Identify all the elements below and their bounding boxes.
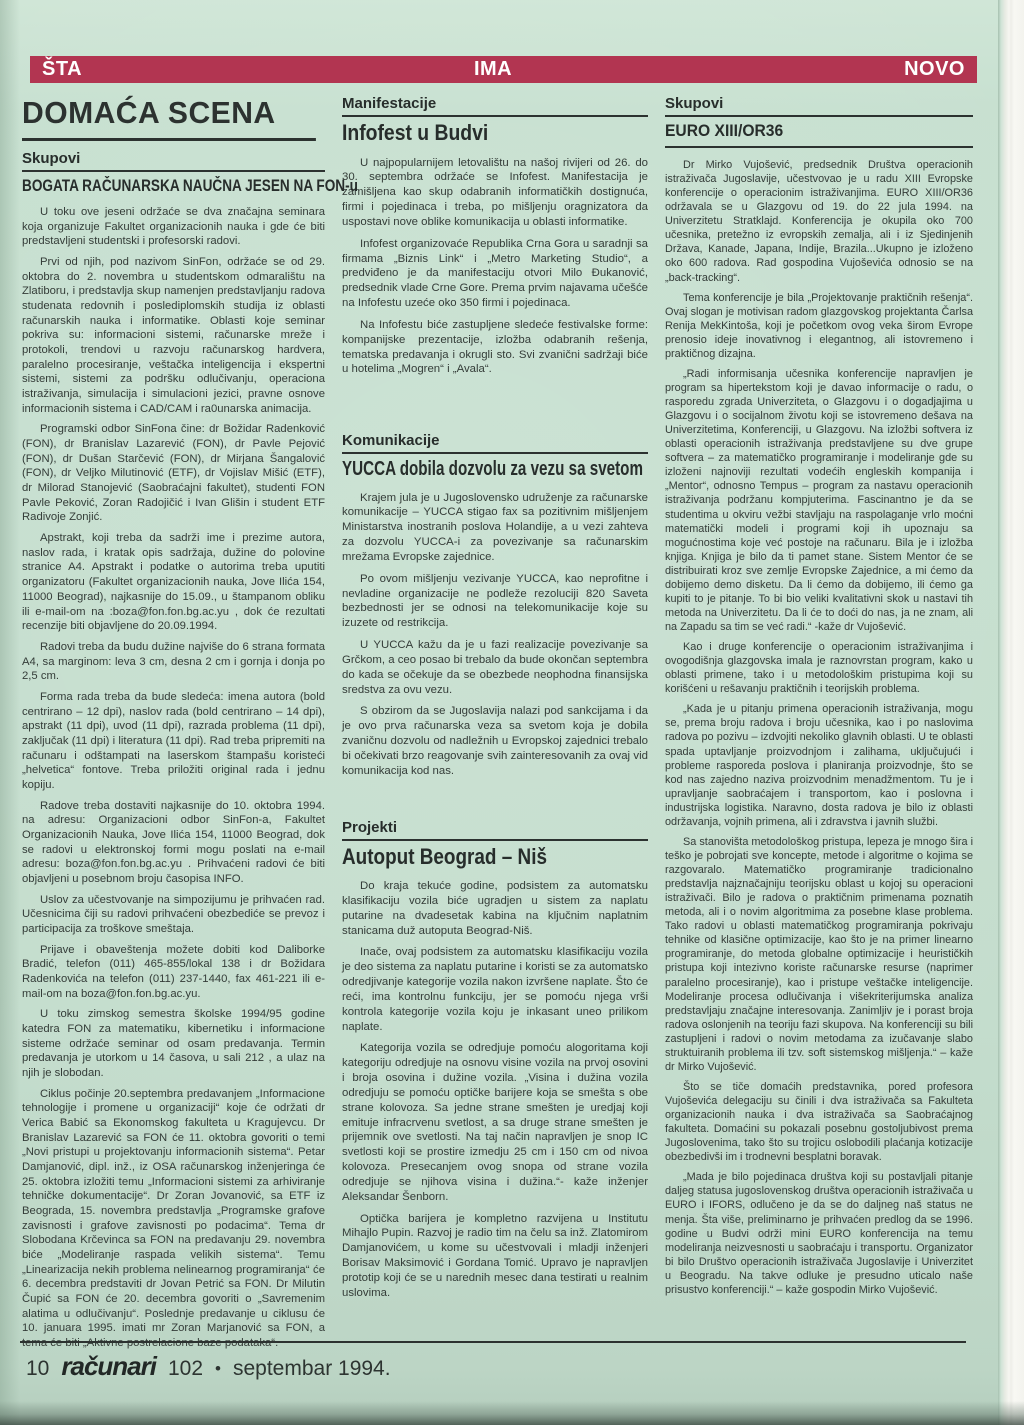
paragraph: Što se tiče domaćih predstavnika, pored … bbox=[665, 1080, 973, 1164]
paragraph: Sa stanovišta metodološkog pristupa, lep… bbox=[665, 835, 973, 1074]
paper-edge bbox=[998, 0, 1024, 1425]
paragraph: Krajem jula je u Jugoslovensko udruženje… bbox=[342, 491, 648, 565]
kicker-komunikacije: Komunikacije bbox=[342, 432, 648, 454]
paragraph: U toku ove jeseni održaće se dva značajn… bbox=[22, 205, 325, 249]
article-autoput: Projekti Autoput Beograd – Niš Do kraja … bbox=[342, 819, 648, 1301]
paragraph: S obzirom da se Jugoslavija nalazi pod s… bbox=[342, 704, 648, 778]
paragraph: U toku zimskog semestra školske 1994/95 … bbox=[22, 1007, 325, 1080]
article-body-fon: U toku ove jeseni održaće se dva značajn… bbox=[22, 205, 325, 1351]
kicker-projekti: Projekti bbox=[342, 819, 648, 841]
page-number: 10 bbox=[26, 1357, 49, 1381]
article-body-autoput: Do kraja tekuće godine, podsistem za aut… bbox=[342, 879, 648, 1300]
magazine-page-scan: ŠTA IMA NOVO DOMAĆA SCENA Skupovi BOGATA… bbox=[0, 0, 1024, 1425]
paragraph: Tema konferencije je bila „Projektovanje… bbox=[665, 291, 973, 361]
article-body-infofest: U najpopularnijem letovalištu na našoj r… bbox=[342, 156, 648, 378]
issue-number: 102 bbox=[168, 1357, 203, 1381]
paragraph: Apstrakt, koji treba da sadrži ime i pre… bbox=[22, 531, 325, 634]
paragraph: Programski odbor SinFona čine: dr Božida… bbox=[22, 422, 325, 525]
paragraph: Prijave i obaveštenja možete dobiti kod … bbox=[22, 943, 325, 1002]
column-right: Skupovi EURO XIII/OR36 Dr Mirko Vujoševi… bbox=[665, 95, 973, 1357]
paragraph: „Radi informisanja učesnika konferencije… bbox=[665, 367, 973, 634]
paragraph: U YUCCA kažu da je u fazi realizacije po… bbox=[342, 638, 648, 697]
paragraph: Po ovom mišljenju vezivanje YUCCA, kao n… bbox=[342, 572, 648, 631]
kicker-skupovi-right: Skupovi bbox=[665, 95, 973, 117]
paragraph: „Mada je bilo pojedinaca društva koji su… bbox=[665, 1170, 973, 1297]
paragraph: Na Infofestu biće zastupljene sledeće fe… bbox=[342, 318, 648, 377]
column-middle: Manifestacije Infofest u Budvi U najpopu… bbox=[342, 95, 648, 1357]
section-header-bar: ŠTA IMA NOVO bbox=[30, 56, 977, 83]
tab-ima: IMA bbox=[474, 58, 512, 81]
headline-yucca: YUCCA dobila dozvolu za vezu sa svetom bbox=[342, 458, 575, 480]
paragraph: Inače, ovaj podsistem za automatsku klas… bbox=[342, 945, 648, 1034]
headline-autoput: Autoput Beograd – Niš bbox=[342, 845, 605, 870]
page-footer: 10 računari 102 • septembar 1994. bbox=[26, 1351, 391, 1382]
kicker-manifestacije: Manifestacije bbox=[342, 95, 648, 117]
footer-rule bbox=[20, 1341, 966, 1343]
paragraph: Ciklus počinje 20.septembra predavanjem … bbox=[22, 1087, 325, 1351]
magazine-logo: računari bbox=[61, 1351, 156, 1382]
paragraph: Forma rada treba da bude sledeća: imena … bbox=[22, 690, 325, 793]
bullet-separator: • bbox=[215, 1359, 221, 1379]
paragraph: Dr Mirko Vujošević, predsednik Društva o… bbox=[665, 158, 973, 285]
tab-novo: NOVO bbox=[904, 58, 965, 81]
paragraph: Kategorija vozila se odredjuje pomoću al… bbox=[342, 1041, 648, 1204]
columns-container: DOMAĆA SCENA Skupovi BOGATA RAČUNARSKA N… bbox=[22, 95, 975, 1357]
bottom-shadow bbox=[0, 1401, 1024, 1425]
headline-euro-wrap: EURO XIII/OR36 bbox=[665, 121, 973, 148]
paragraph: Infofest organizovaće Republika Crna Gor… bbox=[342, 237, 648, 311]
column-left: DOMAĆA SCENA Skupovi BOGATA RAČUNARSKA N… bbox=[22, 95, 325, 1357]
tab-sta: ŠTA bbox=[42, 58, 82, 81]
paragraph: Do kraja tekuće godine, podsistem za aut… bbox=[342, 879, 648, 938]
paragraph: Optička barijera je kompletno razvijena … bbox=[342, 1212, 648, 1301]
paragraph: Kao i druge konferencije o operacionim i… bbox=[665, 640, 973, 696]
article-body-euro: Dr Mirko Vujošević, predsednik Društva o… bbox=[665, 158, 973, 1297]
paragraph: Radove treba dostaviti najkasnije do 10.… bbox=[22, 799, 325, 887]
article-yucca: Komunikacije YUCCA dobila dozvolu za vez… bbox=[342, 432, 648, 778]
page-title: DOMAĆA SCENA bbox=[22, 95, 316, 141]
paragraph: Uslov za učestvovanje na simpozijumu je … bbox=[22, 893, 325, 937]
paragraph: Radovi treba da budu dužine najviše do 6… bbox=[22, 640, 325, 684]
paragraph: Prvi od njih, pod nazivom SinFon, održać… bbox=[22, 255, 325, 416]
headline-fon: BOGATA RAČUNARSKA NAUČNA JESEN NA FON-u bbox=[22, 176, 264, 195]
article-body-yucca: Krajem jula je u Jugoslovensko udruženje… bbox=[342, 491, 648, 779]
kicker-skupovi-left: Skupovi bbox=[22, 150, 325, 172]
issue-date: septembar 1994. bbox=[233, 1357, 391, 1381]
article-infofest: Manifestacije Infofest u Budvi U najpopu… bbox=[342, 95, 648, 377]
headline-euro: EURO XIII/OR36 bbox=[665, 121, 948, 141]
paragraph: „Kada je u pitanju primena operacionih i… bbox=[665, 702, 973, 829]
paragraph: U najpopularnijem letovalištu na našoj r… bbox=[342, 156, 648, 230]
headline-infofest: Infofest u Budvi bbox=[342, 121, 611, 146]
